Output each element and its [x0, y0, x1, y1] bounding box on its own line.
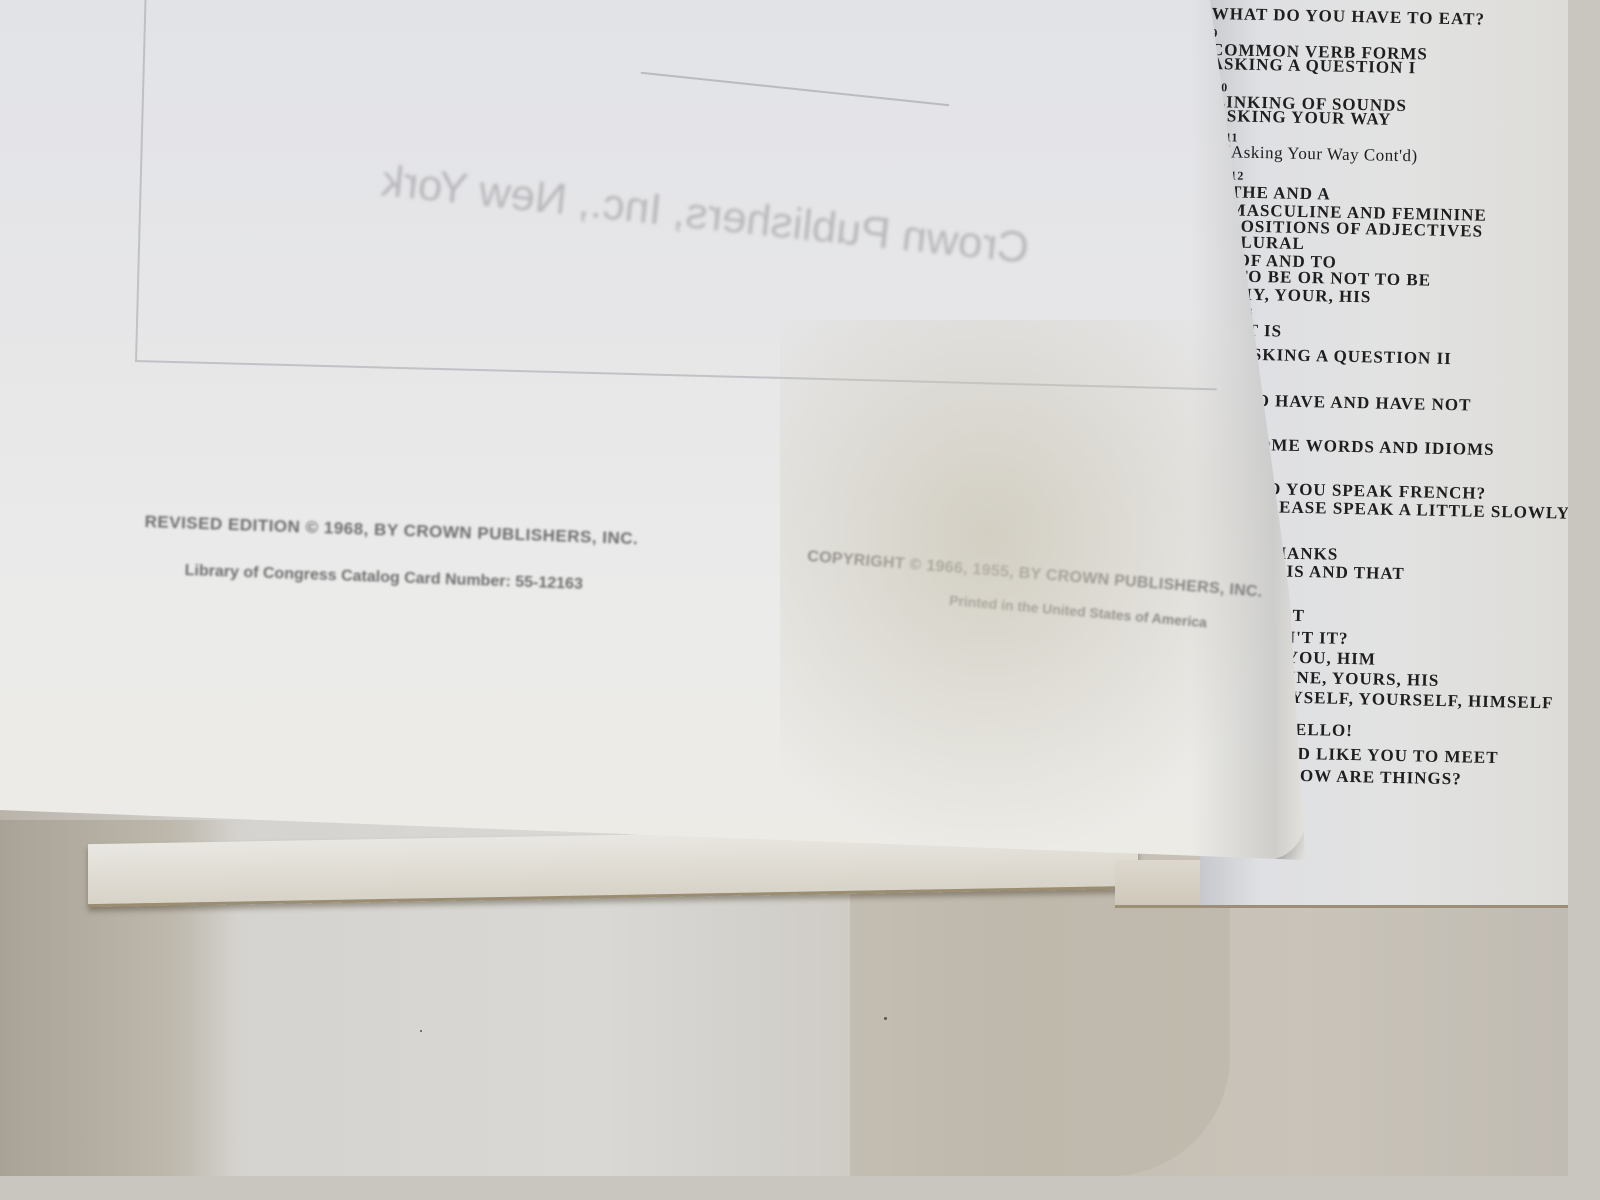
toc-entry: (Asking Your Way Cont'd) [1225, 142, 1418, 166]
dust-speck [420, 1030, 422, 1032]
toc-entry: TO HAVE AND HAVE NOT [1243, 391, 1471, 416]
toc-entry: ASKING YOUR WAY [1213, 106, 1391, 130]
toc-entry: I'D LIKE YOU TO MEET [1284, 744, 1499, 768]
copyright-page: Crown Publishers, Inc., New York REVISED… [0, 0, 1305, 860]
catalog-number-line: Library of Congress Catalog Card Number:… [184, 562, 583, 594]
toc-entry: MYSELF, YOURSELF, HIMSELF [1273, 687, 1553, 713]
toc-entry: ASKING A QUESTION I [1210, 54, 1416, 78]
dust-speck [884, 1017, 887, 1020]
shadow [850, 880, 1230, 1176]
toc-entry: WHAT DO YOU HAVE TO EAT? [1212, 4, 1486, 30]
copyright-line: COPYRIGHT © 1966, 1955, BY CROWN PUBLISH… [807, 548, 1264, 602]
toc-entry: HOW ARE THINGS? [1286, 766, 1462, 790]
toc-entry: ASKING A QUESTION II [1238, 345, 1452, 369]
toc-entry: SOME WORDS AND IDIOMS [1247, 435, 1495, 460]
revised-edition-line: REVISED EDITION © 1968, BY CROWN PUBLISH… [144, 512, 638, 549]
toc-entry: PLEASE SPEAK A LITTLE SLOWLY [1255, 497, 1568, 524]
toc-entry: MY, YOUR, HIS [1236, 285, 1372, 308]
printed-in-line: Printed in the United States of America [949, 592, 1208, 630]
table-of-contents: WHAT DO YOU HAVE TO EAT?9COMMON VERB FOR… [1212, 2, 1568, 10]
